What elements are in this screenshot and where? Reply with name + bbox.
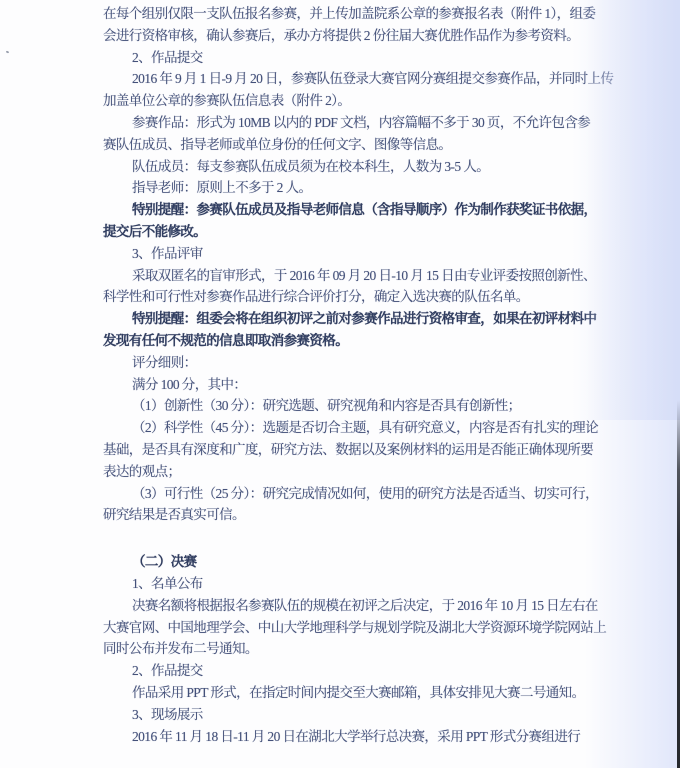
text-line: （2）科学性（45 分）：选题是否切合主题，具有研究意义，内容是否有扎实的理论 xyxy=(103,417,603,439)
text-line: 特别提醒：组委会将在组织初评之前对参赛作品进行资格审查，如果在初评材料中 xyxy=(103,308,603,330)
text-line: 表达的观点； xyxy=(103,461,603,483)
text-line: 2、作品提交 xyxy=(103,47,603,69)
text-line: 提交后不能修改。 xyxy=(103,221,603,243)
text-line: 2016 年 9 月 1 日-9 月 20 日，参赛队伍登录大赛官网分赛组提交参… xyxy=(103,68,603,90)
text-line: （二）决赛 xyxy=(103,551,603,573)
document-page: 在每个组别仅限一支队伍报名参赛，并上传加盖院系公章的参赛报名表（附件 1），组委… xyxy=(0,0,680,768)
text-line: 3、现场展示 xyxy=(103,704,603,726)
text-line: 满分 100 分，其中： xyxy=(103,374,603,396)
text-line: 2、作品提交 xyxy=(103,660,603,682)
text-line: 指导老师：原则上不多于 2 人。 xyxy=(103,177,603,199)
text-line: 评分细则： xyxy=(103,352,603,374)
text-line: 发现有任何不规范的信息即取消参赛资格。 xyxy=(103,330,603,352)
text-line: 加盖单位公章的参赛队伍信息表（附件 2）。 xyxy=(103,90,603,112)
text-line: 作品采用 PPT 形式，在指定时间内提交至大赛邮箱，具体安排见大赛二号通知。 xyxy=(103,682,603,704)
text-line: 队伍成员：每支参赛队伍成员须为在校本科生，人数为 3-5 人。 xyxy=(103,156,603,178)
text-line: 特别提醒：参赛队伍成员及指导老师信息（含指导顺序）作为制作获奖证书依据， xyxy=(103,199,603,221)
text-line: （3）可行性（25 分）：研究完成情况如何，使用的研究方法是否适当、切实可行， xyxy=(103,483,603,505)
text-line: 在每个组别仅限一支队伍报名参赛，并上传加盖院系公章的参赛报名表（附件 1），组委 xyxy=(103,3,603,25)
text-line: （1）创新性（30 分）：研究选题、研究视角和内容是否具有创新性； xyxy=(103,395,603,417)
text-line: 大赛官网、中国地理学会、中山大学地理科学与规划学院及湖北大学资源环境学院网站上 xyxy=(103,617,603,639)
text-line: 采取双匿名的盲审形式，于 2016 年 09 月 20 日-10 月 15 日由… xyxy=(103,265,603,287)
text-line: 1、名单公布 xyxy=(103,573,603,595)
text-line: 基础，是否具有深度和广度，研究方法、数据以及案例材料的运用是否能正确体现所要 xyxy=(103,439,603,461)
text-line: 决赛名额将根据报名参赛队伍的规模在初评之后决定，于 2016 年 10 月 15… xyxy=(103,595,603,617)
text-line: 会进行资格审核，确认参赛后，承办方将提供 2 份往届大赛优胜作品作为参考资料。 xyxy=(103,25,603,47)
text-line: 赛队伍成员、指导老师或单位身份的任何文字、图像等信息。 xyxy=(103,134,603,156)
text-line: 3、作品评审 xyxy=(103,243,603,265)
text-line: 科学性和可行性对参赛作品进行综合评价打分，确定入选决赛的队伍名单。 xyxy=(103,286,603,308)
text-line: 研究结果是否真实可信。 xyxy=(103,504,603,526)
text-lines: 在每个组别仅限一支队伍报名参赛，并上传加盖院系公章的参赛报名表（附件 1），组委… xyxy=(103,3,603,747)
text-line: 2016 年 11 月 18 日-11 月 20 日在湖北大学举行总决赛，采用 … xyxy=(103,726,603,748)
text-line: 同时公布并发布二号通知。 xyxy=(103,638,603,660)
text-line: 参赛作品：形式为 10MB 以内的 PDF 文档，内容篇幅不多于 30 页，不允… xyxy=(103,112,603,134)
ink-speck xyxy=(6,50,10,53)
